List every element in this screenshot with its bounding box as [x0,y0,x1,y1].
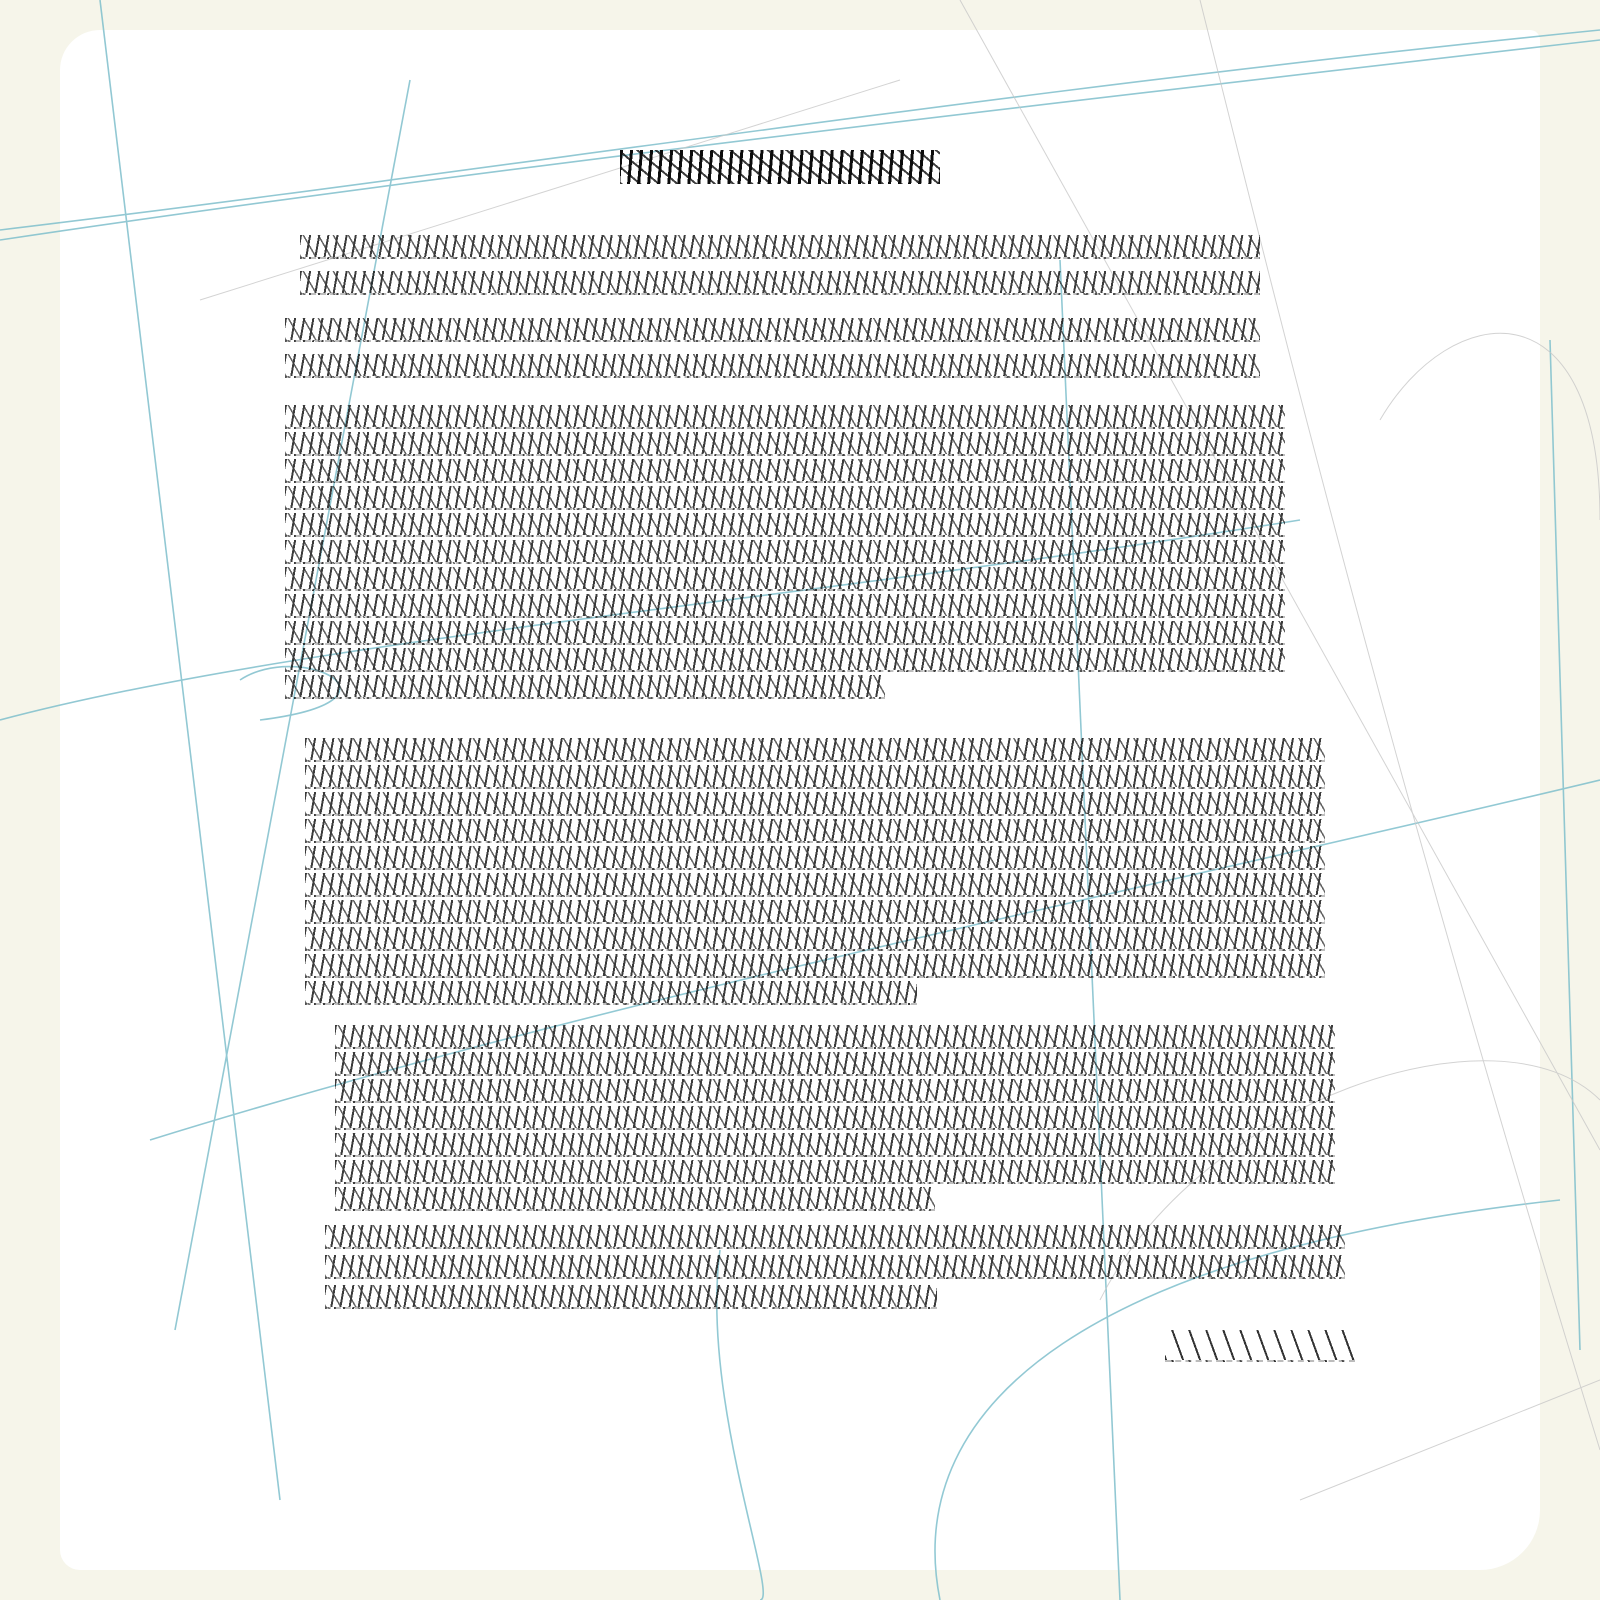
scrawl-line [285,513,1285,537]
scrawl-line [305,846,1325,870]
scrawl-line [285,459,1285,483]
scrawl-line [300,235,1260,259]
scrawl-line [285,405,1285,429]
scrawl-line [335,1187,935,1211]
opening-line-1 [300,235,1260,307]
scrawl-line [305,981,917,1005]
scrawl-line [335,1052,1335,1076]
scrawl-line [335,1133,1335,1157]
scrawl-line [325,1225,1345,1249]
scrawl-line [285,621,1285,645]
scrawl-line [285,354,1260,378]
scrawl-line [335,1160,1335,1184]
scrawl-line [285,675,885,699]
scrawl-line [325,1285,937,1309]
paragraph-2 [305,738,1325,1008]
scrawl-line [285,648,1285,672]
scrawl-line [335,1079,1335,1103]
letter-title [620,150,940,190]
paragraph-3 [335,1025,1335,1214]
opening-line-2 [285,318,1260,390]
scrawl-line [305,738,1325,762]
scrawl-line [285,594,1285,618]
closing-line [325,1225,1345,1315]
scrawl-line [335,1106,1335,1130]
scrawl-line [305,765,1325,789]
scrawl-line [335,1025,1335,1049]
scrawl-line [620,150,940,184]
scrawl-line [305,954,1325,978]
scrawl-line [285,318,1260,342]
scrawl-line [305,873,1325,897]
paragraph-1 [285,405,1285,702]
scrawl-line [305,900,1325,924]
scrawl-line [305,792,1325,816]
scrawl-line [285,540,1285,564]
scrawl-line [285,567,1285,591]
scrawl-line [1165,1330,1355,1362]
scrawl-line [305,927,1325,951]
scrawl-line [305,819,1325,843]
scrawl-line [285,432,1285,456]
scrawl-line [300,271,1260,295]
scrawl-line [285,486,1285,510]
signature [1165,1330,1355,1366]
scrawl-line [325,1255,1345,1279]
